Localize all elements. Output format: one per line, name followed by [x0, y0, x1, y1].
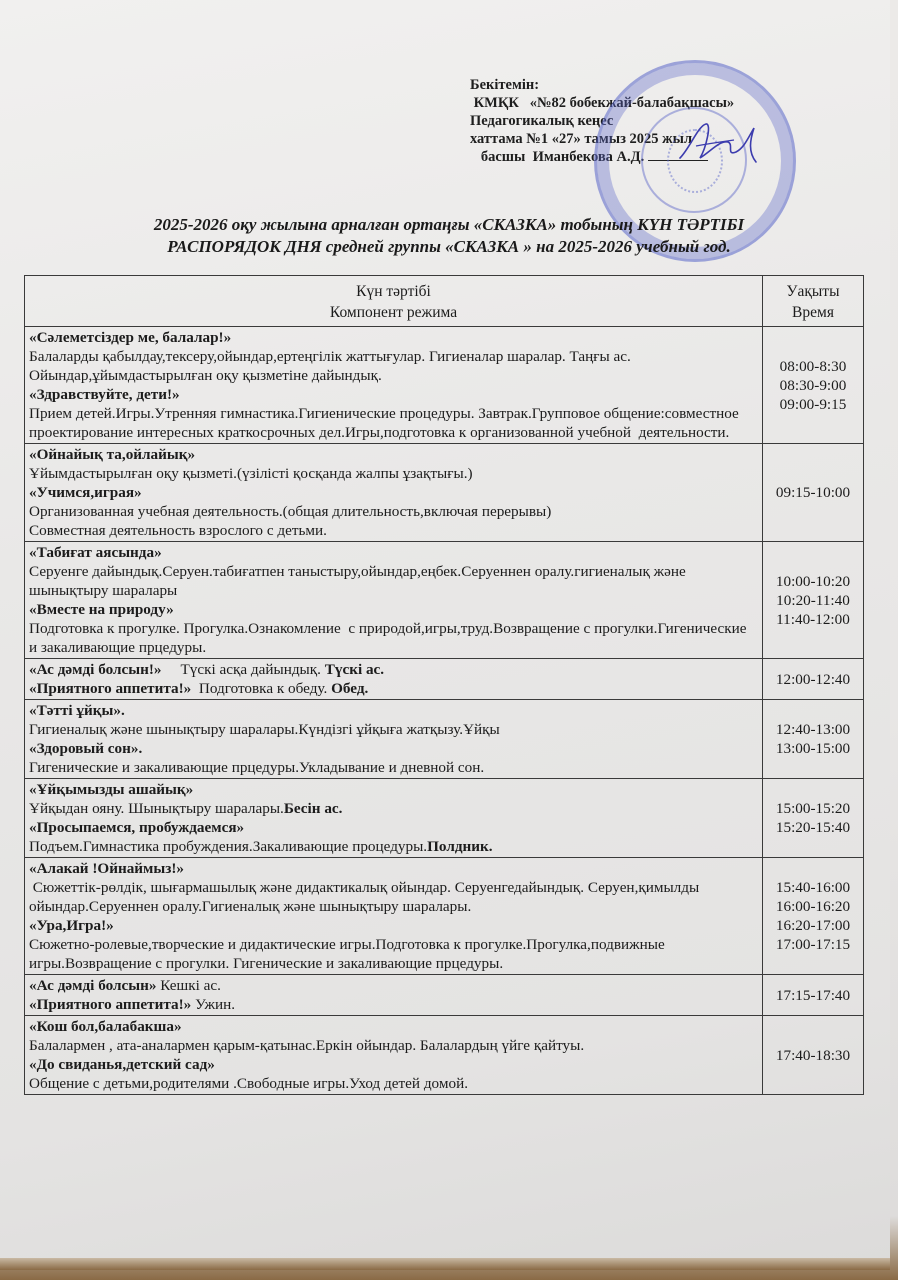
- bold-label: «Просыпаемся, пробуждаемся»: [29, 819, 244, 836]
- header-component: Күн тәртібі Компонент режима: [25, 276, 763, 327]
- time-cell: 10:00-10:2010:20-11:4011:40-12:00: [763, 542, 864, 659]
- approval-line: хаттама №1 «27» тамыз 2025 жыл: [470, 130, 734, 148]
- component-cell: «Ұйқымызды ашайық»Ұйқыдан ояну. Шынықтыр…: [25, 779, 763, 858]
- time-cell: 08:00-8:3008:30-9:0009:00-9:15: [763, 327, 864, 444]
- time-cell: 15:40-16:0016:00-16:2016:20-17:0017:00-1…: [763, 858, 864, 975]
- description-text: «Приятного аппетита!» Подготовка к обеду…: [29, 679, 758, 698]
- component-cell: «Табиғат аясында»Серуенге дайындық.Серуе…: [25, 542, 763, 659]
- component-cell: «Тәтті ұйқы».Гигиеналық және шынықтыру ш…: [25, 700, 763, 779]
- description-text: «Ас дәмді болсын!» Түскі асқа дайындық. …: [29, 660, 758, 679]
- section-heading: «Учимся,играя»: [29, 483, 758, 502]
- plain-text: Балаларды қабылдау,тексеру,ойындар,ертең…: [29, 348, 635, 384]
- header-time: Уақыты Время: [763, 276, 864, 327]
- description-text: «Приятного аппетита!» Ужин.: [29, 995, 758, 1014]
- bold-label: «Ұйқымызды ашайық»: [29, 781, 193, 798]
- time-range: 08:30-9:00: [767, 376, 859, 395]
- section-heading: «Ұйқымызды ашайық»: [29, 780, 758, 799]
- section-heading: «Ура,Игра!»: [29, 916, 758, 935]
- section-heading: «Сәлеметсіздер ме, балалар!»: [29, 328, 758, 347]
- time-range: 16:20-17:00: [767, 916, 859, 935]
- description-text: Сюжетно-ролевые,творческие и дидактическ…: [29, 935, 758, 973]
- description-text: Организованная учебная деятельность.(общ…: [29, 502, 758, 521]
- time-range: 09:15-10:00: [767, 483, 859, 502]
- bold-label: «Сәлеметсіздер ме, балалар!»: [29, 329, 231, 346]
- bold-label: Полдник.: [427, 838, 492, 855]
- time-range: 10:00-10:20: [767, 572, 859, 591]
- plain-text: Ұйқыдан ояну. Шынықтыру шаралары.: [29, 800, 284, 817]
- bold-label: «Ас дәмді болсын!»: [29, 661, 162, 678]
- bold-label: «Здравствуйте, дети!»: [29, 386, 180, 403]
- section-heading: «Ойнайық та,ойлайық»: [29, 445, 758, 464]
- time-range: 13:00-15:00: [767, 739, 859, 758]
- section-heading: «Вместе на природу»: [29, 600, 758, 619]
- bold-label: Обед.: [331, 680, 368, 697]
- section-heading: «Здравствуйте, дети!»: [29, 385, 758, 404]
- approval-block: Бекітемін: КМҚК «№82 бобекжай-балабақшас…: [470, 76, 734, 166]
- approval-line: басшы Иманбекова А.Д.: [470, 149, 644, 165]
- time-range: 16:00-16:20: [767, 897, 859, 916]
- table-row: «Ас дәмді болсын!» Түскі асқа дайындық. …: [25, 659, 864, 700]
- plain-text: Гигиеналық және шынықтыру шаралары.Күнді…: [29, 721, 500, 738]
- time-range: 15:40-16:00: [767, 878, 859, 897]
- time-cell: 17:40-18:30: [763, 1016, 864, 1095]
- component-cell: «Ойнайық та,ойлайық»Ұйымдастырылған оқу …: [25, 444, 763, 542]
- description-text: Балалармен , ата-аналармен қарым-қатынас…: [29, 1036, 758, 1055]
- plain-text: Подъем.Гимнастика пробуждения.Закаливающ…: [29, 838, 427, 855]
- plain-text: Серуенге дайындық.Серуен.табиғатпен таны…: [29, 563, 690, 599]
- component-cell: «Ас дәмді болсын» Кешкі ас.«Приятного ап…: [25, 975, 763, 1016]
- section-heading: «Здоровый сон».: [29, 739, 758, 758]
- description-text: Серуенге дайындық.Серуен.табиғатпен таны…: [29, 562, 758, 600]
- table-row: «Ойнайық та,ойлайық»Ұйымдастырылған оқу …: [25, 444, 864, 542]
- section-heading: «Табиғат аясында»: [29, 543, 758, 562]
- plain-text: Подготовка к прогулке. Прогулка.Ознакомл…: [29, 620, 750, 656]
- plain-text: Общение с детьми,родителями .Свободные и…: [29, 1075, 468, 1092]
- time-range: 09:00-9:15: [767, 395, 859, 414]
- time-range: 17:15-17:40: [767, 986, 859, 1005]
- signature-line: [648, 160, 708, 161]
- section-heading: «Тәтті ұйқы».: [29, 701, 758, 720]
- document-title: 2025-2026 оқу жылына арналған ортаңғы «С…: [0, 214, 898, 258]
- bold-label: «Табиғат аясында»: [29, 544, 162, 561]
- bold-label: «Вместе на природу»: [29, 601, 174, 618]
- table-row: «Кош бол,балабакша»Балалармен , ата-анал…: [25, 1016, 864, 1095]
- table-row: «Ұйқымызды ашайық»Ұйқыдан ояну. Шынықтыр…: [25, 779, 864, 858]
- plain-text: Прием детей.Игры.Утренняя гимнастика.Гиг…: [29, 405, 743, 441]
- time-cell: 15:00-15:2015:20-15:40: [763, 779, 864, 858]
- bold-label: «Ура,Игра!»: [29, 917, 114, 934]
- plain-text: Түскі асқа дайындық.: [162, 661, 325, 678]
- document-page: Бекітемін: КМҚК «№82 бобекжай-балабақшас…: [0, 0, 890, 1270]
- description-text: Ұйымдастырылған оқу қызметі.(үзілісті қо…: [29, 464, 758, 483]
- bold-label: «Алакай !Ойнаймыз!»: [29, 860, 184, 877]
- plain-text: Ұйымдастырылған оқу қызметі.(үзілісті қо…: [29, 465, 473, 482]
- section-heading: «Кош бол,балабакша»: [29, 1017, 758, 1036]
- description-text: Подготовка к прогулке. Прогулка.Ознакомл…: [29, 619, 758, 657]
- description-text: Гигиеналық және шынықтыру шаралары.Күнді…: [29, 720, 758, 739]
- plain-text: Кешкі ас.: [156, 977, 220, 994]
- table-edge: [0, 1258, 890, 1270]
- plain-text: Организованная учебная деятельность.(общ…: [29, 503, 551, 520]
- time-range: 15:00-15:20: [767, 799, 859, 818]
- section-heading: «Просыпаемся, пробуждаемся»: [29, 818, 758, 837]
- bold-label: «Ас дәмді болсын»: [29, 977, 156, 994]
- plain-text: Балалармен , ата-аналармен қарым-қатынас…: [29, 1037, 584, 1054]
- schedule-table: Күн тәртібі Компонент режима Уақыты Врем…: [24, 275, 864, 1095]
- plain-text: Совместная деятельность взрослого с деть…: [29, 522, 327, 539]
- bold-label: Түскі ас.: [325, 661, 384, 678]
- approval-line: Бекітемін:: [470, 76, 734, 94]
- time-range: 12:00-12:40: [767, 670, 859, 689]
- plain-text: Сюжеттік-рөлдік, шығармашылық және дидак…: [29, 879, 703, 915]
- description-text: Прием детей.Игры.Утренняя гимнастика.Гиг…: [29, 404, 758, 442]
- plain-text: Гигенические и закаливающие прцедуры.Укл…: [29, 759, 484, 776]
- table-row: «Тәтті ұйқы».Гигиеналық және шынықтыру ш…: [25, 700, 864, 779]
- plain-text: Ужин.: [191, 996, 235, 1013]
- table-header-row: Күн тәртібі Компонент режима Уақыты Врем…: [25, 276, 864, 327]
- time-range: 15:20-15:40: [767, 818, 859, 837]
- approval-line: Педагогикалық кеңес: [470, 112, 734, 130]
- description-text: Подъем.Гимнастика пробуждения.Закаливающ…: [29, 837, 758, 856]
- table-row: «Сәлеметсіздер ме, балалар!»Балаларды қа…: [25, 327, 864, 444]
- component-cell: «Сәлеметсіздер ме, балалар!»Балаларды қа…: [25, 327, 763, 444]
- section-heading: «До свиданья,детский сад»: [29, 1055, 758, 1074]
- description-text: Сюжеттік-рөлдік, шығармашылық және дидак…: [29, 878, 758, 916]
- time-range: 08:00-8:30: [767, 357, 859, 376]
- description-text: Балаларды қабылдау,тексеру,ойындар,ертең…: [29, 347, 758, 385]
- time-range: 10:20-11:40: [767, 591, 859, 610]
- section-heading: «Алакай !Ойнаймыз!»: [29, 859, 758, 878]
- bold-label: «Приятного аппетита!»: [29, 680, 191, 697]
- title-kz: 2025-2026 оқу жылына арналған ортаңғы «С…: [0, 214, 898, 236]
- component-cell: «Алакай !Ойнаймыз!» Сюжеттік-рөлдік, шығ…: [25, 858, 763, 975]
- time-range: 17:40-18:30: [767, 1046, 859, 1065]
- bold-label: «Здоровый сон».: [29, 740, 142, 757]
- time-cell: 12:00-12:40: [763, 659, 864, 700]
- plain-text: Сюжетно-ролевые,творческие и дидактическ…: [29, 936, 669, 972]
- bold-label: «Тәтті ұйқы».: [29, 702, 125, 719]
- time-cell: 09:15-10:00: [763, 444, 864, 542]
- component-cell: «Кош бол,балабакша»Балалармен , ата-анал…: [25, 1016, 763, 1095]
- plain-text: Подготовка к обеду.: [191, 680, 331, 697]
- bold-label: «До свиданья,детский сад»: [29, 1056, 215, 1073]
- description-text: «Ас дәмді болсын» Кешкі ас.: [29, 976, 758, 995]
- bold-label: «Учимся,играя»: [29, 484, 142, 501]
- description-text: Общение с детьми,родителями .Свободные и…: [29, 1074, 758, 1093]
- description-text: Ұйқыдан ояну. Шынықтыру шаралары.Бесін а…: [29, 799, 758, 818]
- table-row: «Алакай !Ойнаймыз!» Сюжеттік-рөлдік, шығ…: [25, 858, 864, 975]
- bold-label: «Кош бол,балабакша»: [29, 1018, 182, 1035]
- time-range: 11:40-12:00: [767, 610, 859, 629]
- table-row: «Ас дәмді болсын» Кешкі ас.«Приятного ап…: [25, 975, 864, 1016]
- time-range: 17:00-17:15: [767, 935, 859, 954]
- component-cell: «Ас дәмді болсын!» Түскі асқа дайындық. …: [25, 659, 763, 700]
- description-text: Гигенические и закаливающие прцедуры.Укл…: [29, 758, 758, 777]
- time-cell: 12:40-13:0013:00-15:00: [763, 700, 864, 779]
- table-row: «Табиғат аясында»Серуенге дайындық.Серуе…: [25, 542, 864, 659]
- title-ru: РАСПОРЯДОК ДНЯ средней группы «СКАЗКА » …: [0, 236, 898, 258]
- bold-label: Бесін ас.: [284, 800, 343, 817]
- description-text: Совместная деятельность взрослого с деть…: [29, 521, 758, 540]
- bold-label: «Приятного аппетита!»: [29, 996, 191, 1013]
- bold-label: «Ойнайық та,ойлайық»: [29, 446, 195, 463]
- time-cell: 17:15-17:40: [763, 975, 864, 1016]
- approval-line: КМҚК «№82 бобекжай-балабақшасы»: [470, 94, 734, 112]
- time-range: 12:40-13:00: [767, 720, 859, 739]
